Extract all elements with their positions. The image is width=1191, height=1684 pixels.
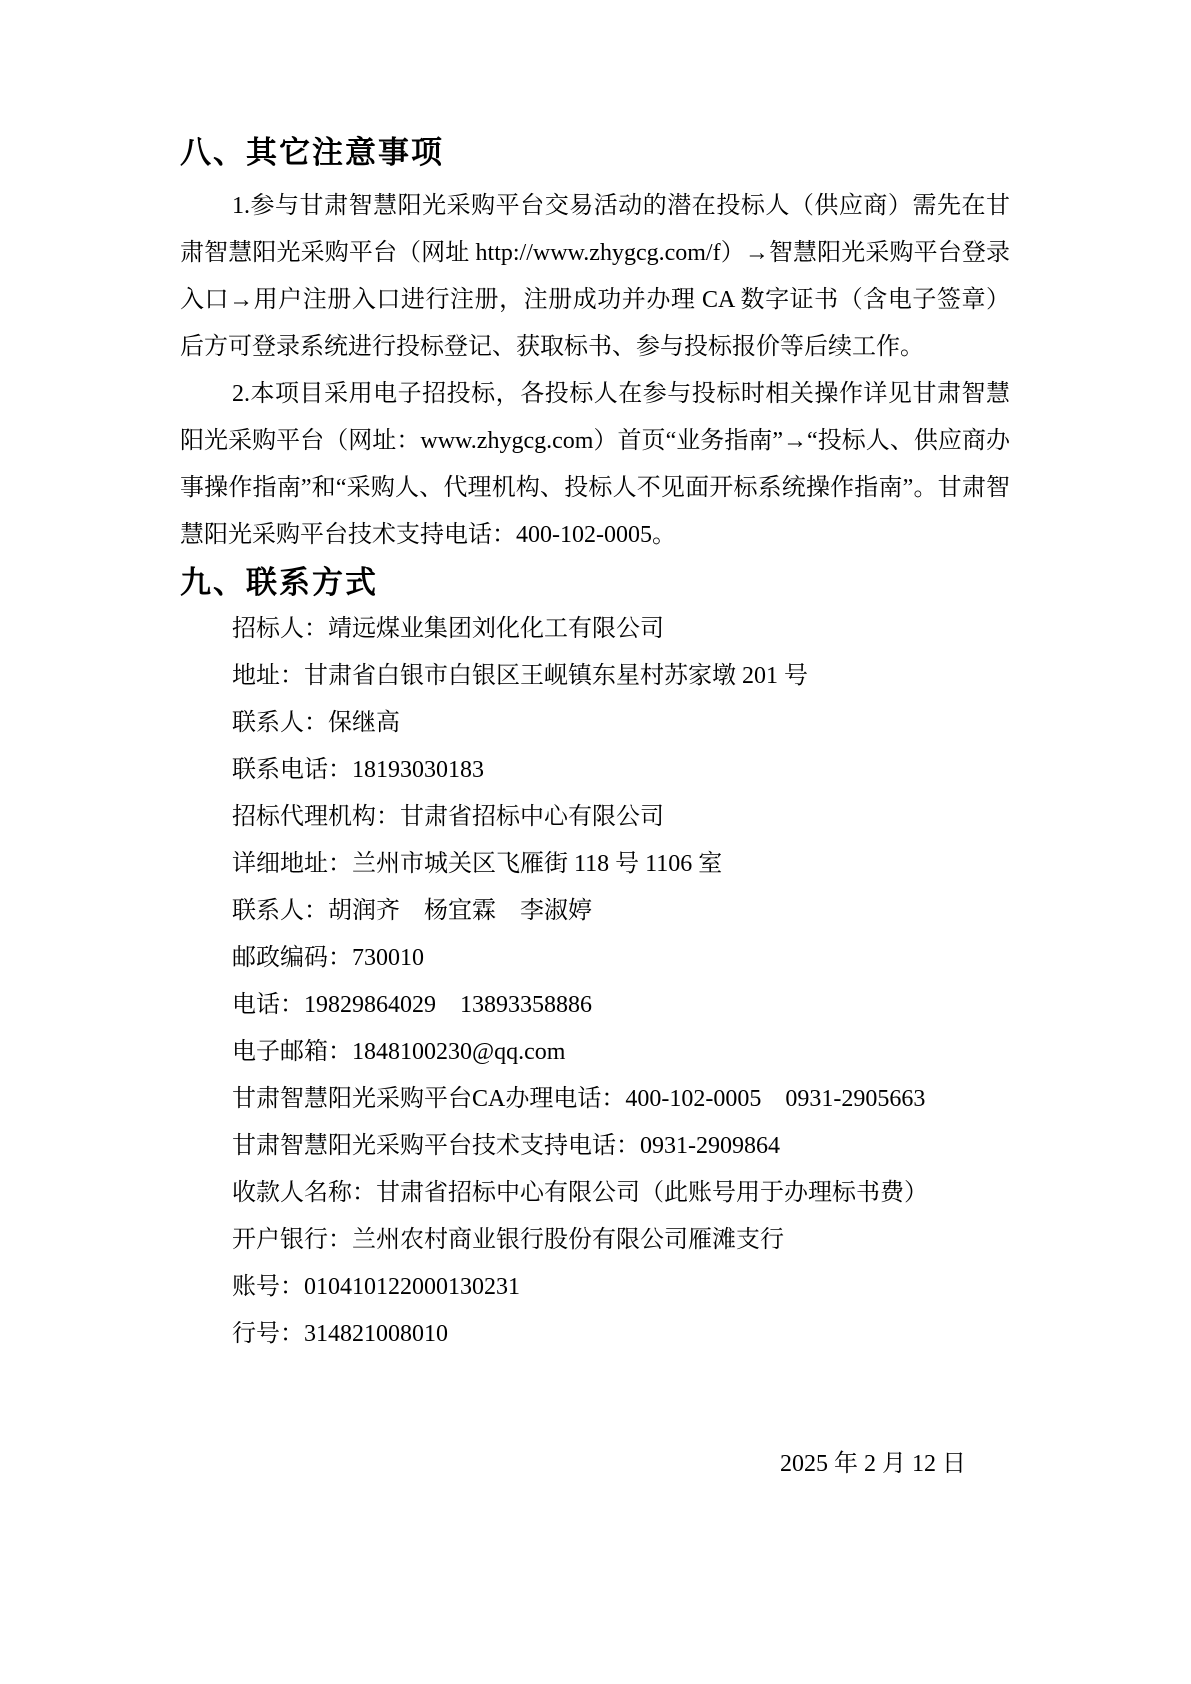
contact-line-tenderer-contact-person: 联系人：保继高 (180, 700, 1010, 747)
contact-line-agency-address: 详细地址：兰州市城关区飞雁街 118 号 1106 室 (180, 841, 1010, 888)
section-heading-other-notices: 八、其它注意事项 (180, 129, 1010, 176)
contact-line-postal-code: 邮政编码：730010 (180, 935, 1010, 982)
notice-paragraph-2: 2.本项目采用电子招投标，各投标人在参与投标时相关操作详见甘肃智慧阳光采购平台（… (180, 371, 1010, 559)
document-date: 2025 年 2 月 12 日 (180, 1441, 1010, 1488)
contact-line-email: 电子邮箱：1848100230@qq.com (180, 1029, 1010, 1076)
contact-line-tenderer-address: 地址：甘肃省白银市白银区王岘镇东星村苏家墩 201 号 (180, 653, 1010, 700)
contact-line-tech-support-phone: 甘肃智慧阳光采购平台技术支持电话：0931-2909864 (180, 1123, 1010, 1170)
contact-line-agency: 招标代理机构：甘肃省招标中心有限公司 (180, 794, 1010, 841)
contact-line-bank: 开户银行：兰州农村商业银行股份有限公司雁滩支行 (180, 1217, 1010, 1264)
contact-line-account-number: 账号：010410122000130231 (180, 1264, 1010, 1311)
notice-paragraph-1: 1.参与甘肃智慧阳光采购平台交易活动的潜在投标人（供应商）需先在甘肃智慧阳光采购… (180, 183, 1010, 371)
contact-line-tenderer: 招标人：靖远煤业集团刘化化工有限公司 (180, 606, 1010, 653)
contact-line-payee-name: 收款人名称：甘肃省招标中心有限公司（此账号用于办理标书费） (180, 1170, 1010, 1217)
contact-line-ca-service-phone: 甘肃智慧阳光采购平台CA办理电话：400-102-0005 0931-29056… (180, 1076, 1010, 1123)
contact-line-agency-contact-persons: 联系人：胡润齐 杨宜霖 李淑婷 (180, 888, 1010, 935)
contact-line-agency-phones: 电话：19829864029 13893358886 (180, 982, 1010, 1029)
document-page: 八、其它注意事项 1.参与甘肃智慧阳光采购平台交易活动的潜在投标人（供应商）需先… (0, 0, 1191, 1684)
contact-line-bank-code: 行号：314821008010 (180, 1311, 1010, 1358)
contact-line-tenderer-phone: 联系电话：18193030183 (180, 747, 1010, 794)
section-heading-contact-info: 九、联系方式 (180, 559, 1010, 606)
